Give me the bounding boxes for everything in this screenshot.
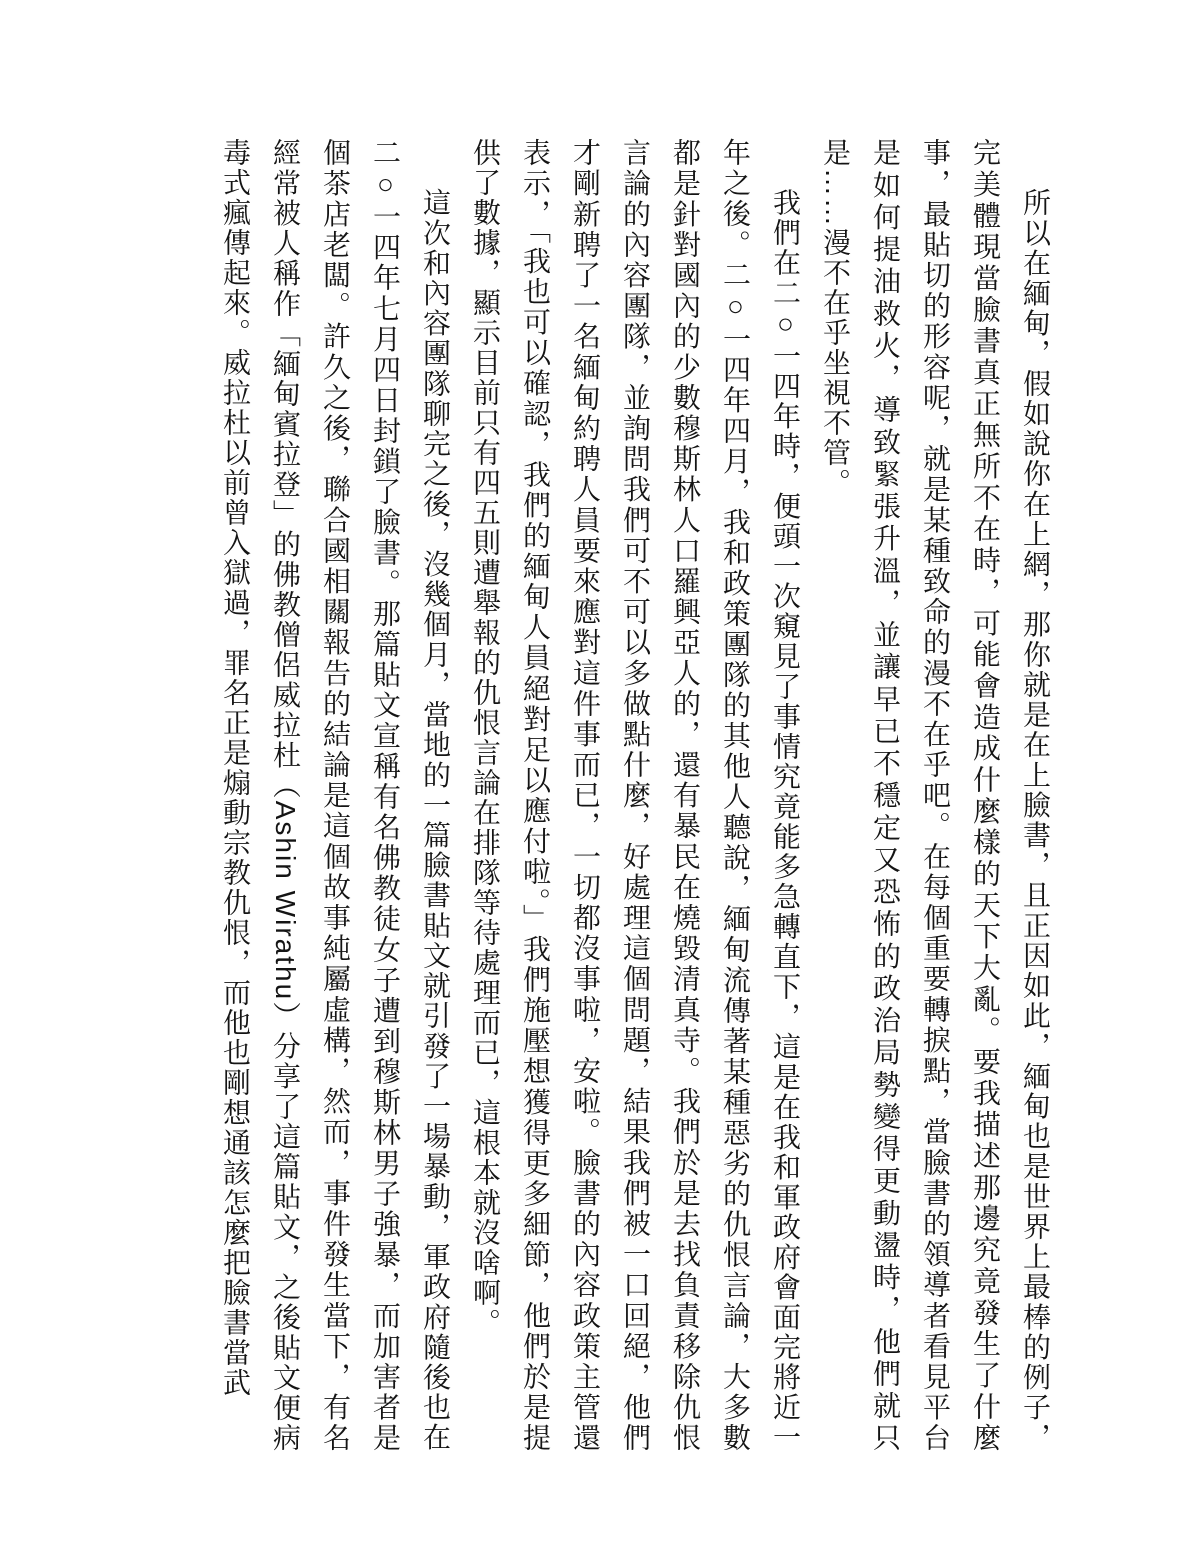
vertical-text-block: 所以在緬甸，假如說你在上網，那你就是在上臉書，且正因如此，緬甸也是世界上最棒的例… bbox=[210, 138, 1060, 1453]
paragraph-1: 所以在緬甸，假如說你在上網，那你就是在上臉書，且正因如此，緬甸也是世界上最棒的例… bbox=[810, 138, 1060, 1453]
book-page: 所以在緬甸，假如說你在上網，那你就是在上臉書，且正因如此，緬甸也是世界上最棒的例… bbox=[0, 0, 1200, 1553]
paragraph-2: 我們在二○一四年時，便頭一次窺見了事情究竟能多急轉直下，這是在我和軍政府會面完將… bbox=[460, 138, 810, 1453]
paragraph-3: 這次和內容團隊聊完之後，沒幾個月，當地的一篇臉書貼文就引發了一場暴動，軍政府隨後… bbox=[210, 138, 460, 1453]
